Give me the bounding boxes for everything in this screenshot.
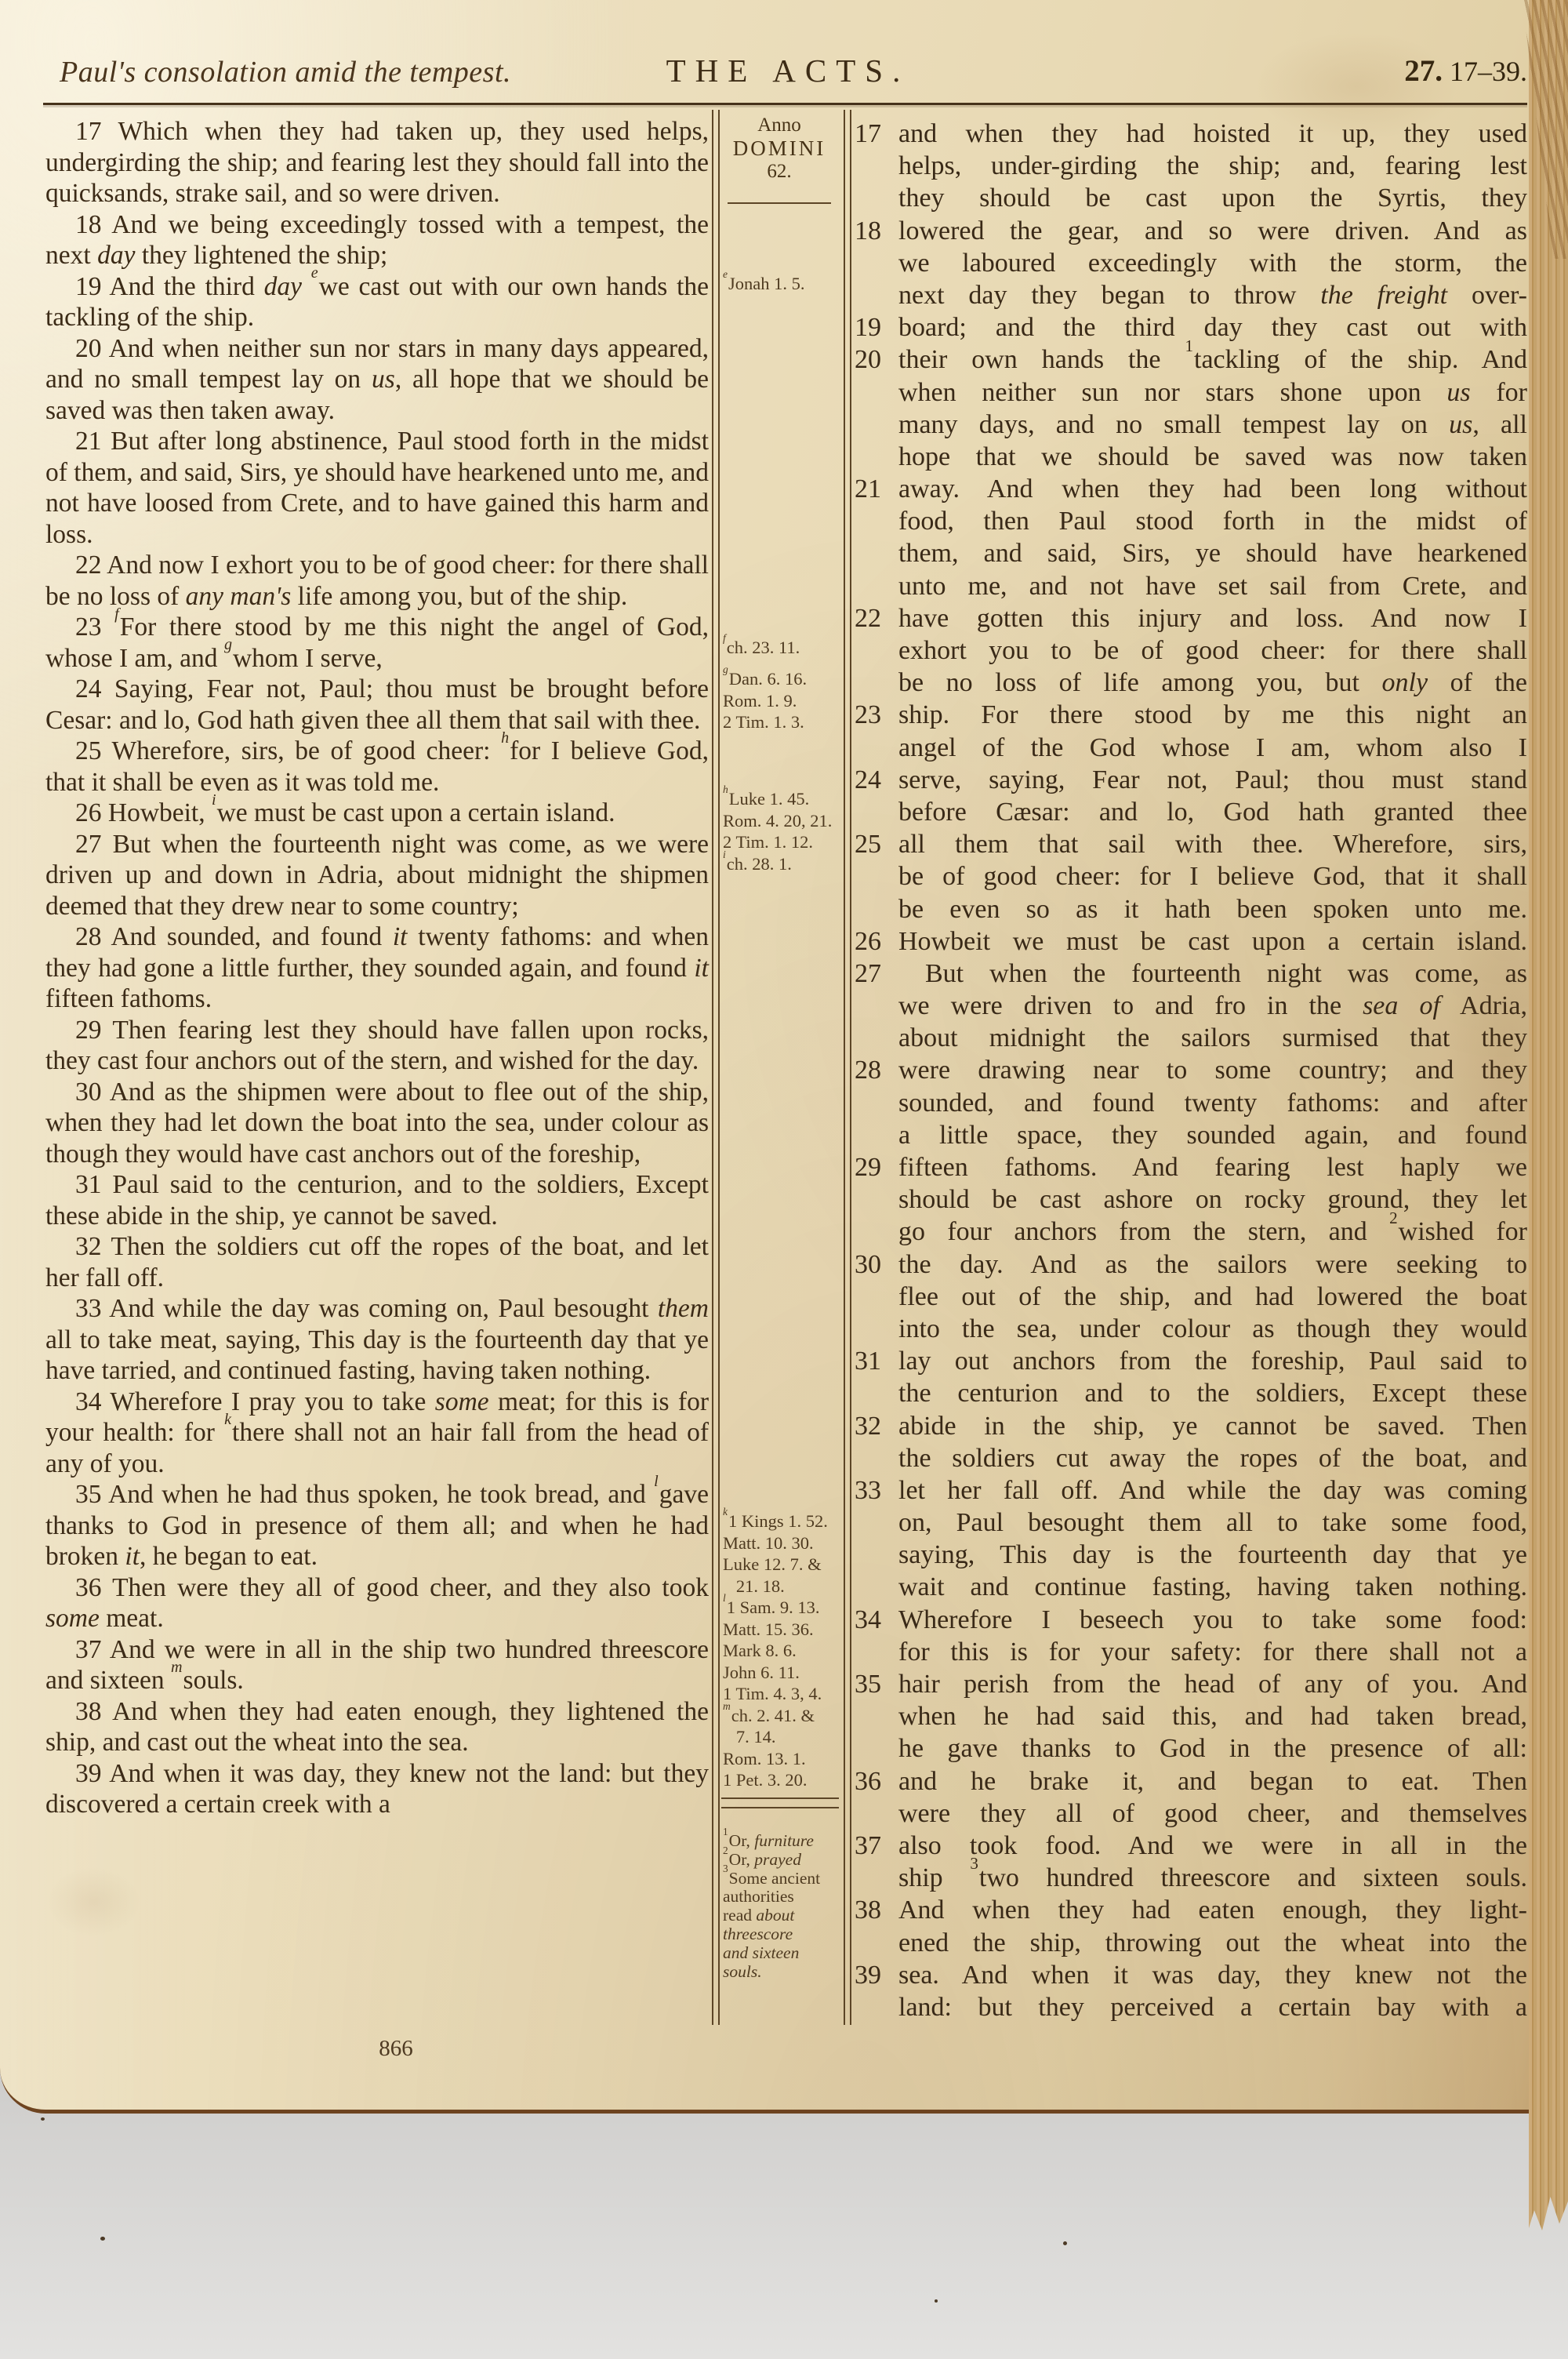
rv-verse-number [855, 1797, 898, 1830]
rv-line: 24serve, saying, Fear not, Paul; thou mu… [855, 764, 1527, 796]
margin-reference-block: fch. 23. 11. [723, 637, 844, 659]
rv-line-text: ship. For there stood by me this night a… [898, 699, 1527, 731]
rv-line-text: saying, This day is the fourteenth day t… [898, 1539, 1527, 1571]
rv-line: go four anchors from the stern, and 2wis… [855, 1216, 1527, 1248]
margin-reference: Rom. 1. 9. [723, 690, 844, 712]
rv-line: wait and continue fasting, having taken … [855, 1571, 1527, 1603]
rv-verse-number [855, 409, 898, 441]
rv-line-text: the soldiers cut away the ropes of the b… [898, 1442, 1527, 1474]
rv-line: be even so as it hath been spoken unto m… [855, 893, 1527, 925]
rv-line: 32abide in the ship, ye cannot be saved.… [855, 1410, 1527, 1442]
rv-verse-number: 36 [855, 1765, 898, 1797]
rv-verse-number [855, 1022, 898, 1054]
rv-line: angel of the God whose I am, whom also I [855, 732, 1527, 764]
margin-reference: Rom. 13. 1. [723, 1748, 844, 1770]
rv-verse-number: 32 [855, 1410, 898, 1442]
rv-line: 18lowered the gear, and so were driven. … [855, 215, 1527, 247]
rv-line: flee out of the ship, and had lowered th… [855, 1281, 1527, 1313]
rv-line-text: he gave thanks to God in the presence of… [898, 1732, 1527, 1765]
margin-reference: 21. 18. [723, 1576, 844, 1598]
rv-line: 27 But when the fourteenth night was com… [855, 958, 1527, 990]
rv-line-text: sea. And when it was day, they knew not … [898, 1959, 1527, 1991]
rv-line: 39sea. And when it was day, they knew no… [855, 1959, 1527, 1991]
rv-line: 36and he brake it, and began to eat. The… [855, 1765, 1527, 1797]
verse-paragraph: 19 And the third day ewe cast out with o… [45, 271, 709, 333]
rv-line-text: wait and continue fasting, having taken … [898, 1571, 1527, 1603]
rv-line-text: let her fall off. And while the day was … [898, 1474, 1527, 1507]
rv-verse-number: 29 [855, 1151, 898, 1183]
rv-line-text: them, and said, Sirs, ye should have hea… [898, 537, 1527, 569]
rv-line-text: abide in the ship, ye cannot be saved. T… [898, 1410, 1527, 1442]
rv-line-text: into the sea, under colour as though the… [898, 1313, 1527, 1345]
rv-line: hope that we should be saved was now tak… [855, 441, 1527, 473]
verse-paragraph: 18 And we being exceedingly tossed with … [45, 209, 709, 271]
rv-verse-number: 33 [855, 1474, 898, 1507]
rv-verse-number [855, 732, 898, 764]
rv-verse-number [855, 1119, 898, 1151]
rv-verse-number: 18 [855, 215, 898, 247]
margin-note-line: 2Or, prayed [723, 1851, 844, 1870]
rv-verse-number [855, 570, 898, 602]
dust-speck [935, 2299, 938, 2303]
rv-line-text: we were driven to and fro in the sea of … [898, 990, 1527, 1022]
book-page: Paul's consolation amid the tempest. THE… [0, 0, 1568, 2114]
rv-verse-number [855, 1636, 898, 1668]
rv-line: into the sea, under colour as though the… [855, 1313, 1527, 1345]
rv-verse-number [855, 1507, 898, 1539]
rv-line: 38And when they had eaten enough, they l… [855, 1894, 1527, 1926]
rv-verse-number [855, 441, 898, 473]
rv-verse-number: 38 [855, 1894, 898, 1926]
rv-verse-number [855, 150, 898, 182]
margin-note-line: 3Some ancient [723, 1870, 844, 1888]
margin-reference: ich. 28. 1. [723, 853, 844, 875]
rv-line-text: they should be cast upon the Syrtis, the… [898, 182, 1527, 214]
rv-line-text: about midnight the sailors surmised that… [898, 1022, 1527, 1054]
rv-line-text: away. And when they had been long withou… [898, 473, 1527, 505]
margin-reference: Luke 12. 7. & [723, 1554, 844, 1576]
rv-line-text: a little space, they sounded again, and … [898, 1119, 1527, 1151]
margin-reference-block: gDan. 6. 16.Rom. 1. 9.2 Tim. 1. 3. [723, 668, 844, 733]
margin-reference: 7. 14. [723, 1726, 844, 1748]
rv-line: 31lay out anchors from the foreship, Pau… [855, 1345, 1527, 1377]
kjv-column: 17 Which when they had taken up, they us… [45, 116, 709, 1820]
rv-line-text: food, then Paul stood forth in the midst… [898, 505, 1527, 537]
rv-line: the soldiers cut away the ropes of the b… [855, 1442, 1527, 1474]
rv-line-text: should be cast ashore on rocky ground, t… [898, 1183, 1527, 1216]
verse-paragraph: 36 Then were they all of good cheer, and… [45, 1572, 709, 1634]
margin-reference-block: eJonah 1. 5. [723, 273, 844, 295]
verse-paragraph: 35 And when he had thus spoken, he took … [45, 1479, 709, 1572]
verse-paragraph: 33 And while the day was coming on, Paul… [45, 1293, 709, 1387]
rv-verse-number: 26 [855, 925, 898, 958]
rv-line-text: we laboured exceedingly with the storm, … [898, 247, 1527, 279]
rv-line: were they all of good cheer, and themsel… [855, 1797, 1527, 1830]
verse-paragraph: 23 fFor there stood by me this night the… [45, 612, 709, 674]
rv-verse-number [855, 1183, 898, 1216]
rv-line: be of good cheer: for I believe God, tha… [855, 860, 1527, 892]
dust-speck [41, 2117, 45, 2121]
verse-paragraph: 31 Paul said to the centurion, and to th… [45, 1169, 709, 1231]
rv-line-text: And when they had eaten enough, they lig… [898, 1894, 1527, 1926]
verse-paragraph: 28 And sounded, and found it twenty fath… [45, 921, 709, 1015]
rv-line-text: were they all of good cheer, and themsel… [898, 1797, 1527, 1830]
rv-verse-number [855, 1281, 898, 1313]
rv-verse-number: 24 [855, 764, 898, 796]
rv-line-text: before Cæsar: and lo, God hath granted t… [898, 796, 1527, 828]
rv-line: 28were drawing near to some country; and… [855, 1054, 1527, 1086]
verse-paragraph: 38 And when they had eaten enough, they … [45, 1696, 709, 1758]
rv-verse-number [855, 1862, 898, 1894]
rv-verse-number: 39 [855, 1959, 898, 1991]
rv-line: 33let her fall off. And while the day wa… [855, 1474, 1527, 1507]
rv-line: when he had said this, and had taken bre… [855, 1700, 1527, 1732]
rv-verse-number [855, 182, 898, 214]
margin-reference: gDan. 6. 16. [723, 668, 844, 690]
rv-line: 37also took food. And we were in all in … [855, 1830, 1527, 1862]
verse-paragraph: 39 And when it was day, they knew not th… [45, 1758, 709, 1820]
rv-line-text: exhort you to be of good cheer: for ther… [898, 634, 1527, 667]
rv-verse-number [855, 990, 898, 1022]
rv-line: when neither sun nor stars shone upon us… [855, 376, 1527, 409]
rv-line: helps, under-girding the ship; and, fear… [855, 150, 1527, 182]
verse-paragraph: 37 And we were in all in the ship two hu… [45, 1634, 709, 1696]
rv-verse-number: 28 [855, 1054, 898, 1086]
rv-line-text: helps, under-girding the ship; and, fear… [898, 150, 1527, 182]
margin-reference: 1 Tim. 4. 3, 4. [723, 1683, 844, 1705]
running-head: Paul's consolation amid the tempest. [60, 55, 511, 89]
rv-line: 21away. And when they had been long with… [855, 473, 1527, 505]
margin-reference: 1 Pet. 3. 20. [723, 1769, 844, 1791]
rv-verse-number [855, 1216, 898, 1248]
rv-line: on, Paul besought them all to take some … [855, 1507, 1527, 1539]
rv-verse-number [855, 796, 898, 828]
page-stain [47, 1866, 141, 1937]
rv-verse-number [855, 860, 898, 892]
rv-verse-number: 27 [855, 958, 898, 990]
verse-paragraph: 22 And now I exhort you to be of good ch… [45, 550, 709, 612]
margin-reference-block: hLuke 1. 45.Rom. 4. 20, 21.2 Tim. 1. 12.… [723, 788, 844, 874]
rv-line: 20their own hands the 1tackling of the s… [855, 343, 1527, 376]
margin-rule [728, 202, 831, 204]
rv-verse-number [855, 1377, 898, 1409]
verse-paragraph: 32 Then the soldiers cut off the ropes o… [45, 1231, 709, 1293]
rv-line-text: But when the fourteenth night was come, … [898, 958, 1527, 990]
rv-verse-number [855, 634, 898, 667]
rv-verse-number: 30 [855, 1249, 898, 1281]
rv-verse-number: 31 [855, 1345, 898, 1377]
rv-line-text: lay out anchors from the foreship, Paul … [898, 1345, 1527, 1377]
rv-line: food, then Paul stood forth in the midst… [855, 505, 1527, 537]
rv-line: many days, and no small tempest lay on u… [855, 409, 1527, 441]
margin-reference: fch. 23. 11. [723, 637, 844, 659]
verse-range: 17–39. [1443, 56, 1527, 87]
page-number: 866 [0, 2036, 792, 2062]
verse-paragraph: 26 Howbeit, iwe must be cast upon a cert… [45, 798, 709, 829]
rv-line-text: hope that we should be saved was now tak… [898, 441, 1527, 473]
rv-line: 26Howbeit we must be cast upon a certain… [855, 925, 1527, 958]
book-fore-edge [1529, 0, 1568, 2251]
rv-line-text: also took food. And we were in all in th… [898, 1830, 1527, 1862]
rv-line: 25all them that sail with thee. Wherefor… [855, 828, 1527, 860]
rv-verse-number: 19 [855, 311, 898, 343]
rv-verse-number: 21 [855, 473, 898, 505]
rv-line: 17and when they had hoisted it up, they … [855, 118, 1527, 150]
rv-verse-number: 20 [855, 343, 898, 376]
rv-verse-number [855, 279, 898, 311]
verse-paragraph: 17 Which when they had taken up, they us… [45, 116, 709, 209]
margin-note-line: threescore [723, 1925, 844, 1944]
margin-note-line: souls. [723, 1963, 844, 1982]
scanned-bible-page: Paul's consolation amid the tempest. THE… [0, 0, 1568, 2359]
margin-reference: John 6. 11. [723, 1662, 844, 1684]
rv-line: 35hair perish from the head of any of yo… [855, 1668, 1527, 1700]
rv-line-text: their own hands the 1tackling of the shi… [898, 343, 1527, 376]
dust-speck [1063, 2241, 1067, 2245]
rv-line-text: lowered the gear, and so were driven. An… [898, 215, 1527, 247]
rv-line-text: when neither sun nor stars shone upon us… [898, 376, 1527, 409]
rv-line-text: and when they had hoisted it up, they us… [898, 118, 1527, 150]
rv-line-text: next day they began to throw the freight… [898, 279, 1527, 311]
rv-line: next day they began to throw the freight… [855, 279, 1527, 311]
anno-line: 62. [712, 161, 847, 183]
rv-line-text: all them that sail with thee. Wherefore,… [898, 828, 1527, 860]
rv-verse-number [855, 505, 898, 537]
rv-verse-number: 17 [855, 118, 898, 150]
rv-verse-number [855, 893, 898, 925]
column-rule [712, 110, 713, 2025]
margin-note-line: read about [723, 1906, 844, 1925]
book-title: THE ACTS. [549, 52, 1027, 89]
rv-line-text: ship 3two hundred threescore and sixteen… [898, 1862, 1527, 1894]
rv-line: them, and said, Sirs, ye should have hea… [855, 537, 1527, 569]
verse-paragraph: 21 But after long abstinence, Paul stood… [45, 426, 709, 550]
rv-verse-number: 35 [855, 1668, 898, 1700]
dust-speck [100, 2237, 105, 2241]
rv-line: we laboured exceedingly with the storm, … [855, 247, 1527, 279]
column-rule [850, 110, 851, 2025]
rv-line: unto me, and not have set sail from Cret… [855, 570, 1527, 602]
rv-verse-number [855, 247, 898, 279]
rv-line: ened the ship, throwing out the wheat in… [855, 1927, 1527, 1959]
rv-verse-number [855, 537, 898, 569]
rv-verse-number [855, 376, 898, 409]
margin-note-line: authorities [723, 1888, 844, 1906]
rv-verse-number [855, 1700, 898, 1732]
rv-line: they should be cast upon the Syrtis, the… [855, 182, 1527, 214]
margin-notes: 1Or, furniture2Or, prayed3Some ancientau… [723, 1832, 844, 1981]
margin-reference-block: k1 Kings 1. 52.Matt. 10. 30.Luke 12. 7. … [723, 1510, 844, 1791]
rv-verse-number [855, 1442, 898, 1474]
rv-verse-number [855, 1313, 898, 1345]
rv-line: for this is for your safety: for there s… [855, 1636, 1527, 1668]
margin-reference: eJonah 1. 5. [723, 273, 844, 295]
rv-line: a little space, they sounded again, and … [855, 1119, 1527, 1151]
column-rule [718, 110, 720, 2025]
verse-paragraph: 29 Then fearing lest they should have fa… [45, 1015, 709, 1077]
anno-domini-block: Anno DOMINI 62. [712, 114, 847, 183]
rv-verse-number [855, 1539, 898, 1571]
rv-line: be no loss of life among you, but only o… [855, 667, 1527, 699]
rv-line: he gave thanks to God in the presence of… [855, 1732, 1527, 1765]
rv-verse-number: 37 [855, 1830, 898, 1862]
margin-reference: l1 Sam. 9. 13. [723, 1597, 844, 1619]
verse-paragraph: 20 And when neither sun nor stars in man… [45, 333, 709, 427]
rv-line: should be cast ashore on rocky ground, t… [855, 1183, 1527, 1216]
rv-line-text: the day. And as the sailors were seeking… [898, 1249, 1527, 1281]
rv-line-text: serve, saying, Fear not, Paul; thou must… [898, 764, 1527, 796]
rv-line-text: the centurion and to the soldiers, Excep… [898, 1377, 1527, 1409]
rv-line: the centurion and to the soldiers, Excep… [855, 1377, 1527, 1409]
rv-line-text: angel of the God whose I am, whom also I [898, 732, 1527, 764]
rv-verse-number [855, 1732, 898, 1765]
rv-verse-number [855, 1087, 898, 1119]
rv-line-text: be of good cheer: for I believe God, tha… [898, 860, 1527, 892]
margin-reference: Rom. 4. 20, 21. [723, 810, 844, 832]
rv-verse-number: 34 [855, 1604, 898, 1636]
rv-line-text: when he had said this, and had taken bre… [898, 1700, 1527, 1732]
rv-line: land: but they perceived a certain bay w… [855, 1991, 1527, 2023]
margin-reference: Mark 8. 6. [723, 1640, 844, 1662]
rv-column: 17and when they had hoisted it up, they … [855, 118, 1527, 2023]
margin-reference: Matt. 15. 36. [723, 1619, 844, 1641]
rv-line-text: have gotten this injury and loss. And no… [898, 602, 1527, 634]
chapter-number: 27. [1404, 54, 1443, 88]
rv-line: sounded, and found twenty fathoms: and a… [855, 1087, 1527, 1119]
rv-line: 29fifteen fathoms. And fearing lest hapl… [855, 1151, 1527, 1183]
margin-reference: hLuke 1. 45. [723, 788, 844, 810]
margin-double-rule [721, 1797, 839, 1808]
verse-paragraph: 25 Wherefore, sirs, be of good cheer: hf… [45, 736, 709, 798]
rv-line-text: board; and the third day they cast out w… [898, 311, 1527, 343]
verse-paragraph: 24 Saying, Fear not, Paul; thou must be … [45, 674, 709, 736]
rv-line-text: unto me, and not have set sail from Cret… [898, 570, 1527, 602]
rv-line-text: land: but they perceived a certain bay w… [898, 1991, 1527, 2023]
rv-line-text: ened the ship, throwing out the wheat in… [898, 1927, 1527, 1959]
column-rule [844, 110, 845, 2025]
rv-verse-number [855, 1571, 898, 1603]
rv-line-text: on, Paul besought them all to take some … [898, 1507, 1527, 1539]
rv-line-text: flee out of the ship, and had lowered th… [898, 1281, 1527, 1313]
rv-verse-number: 23 [855, 699, 898, 731]
rv-line: before Cæsar: and lo, God hath granted t… [855, 796, 1527, 828]
rv-line: about midnight the sailors surmised that… [855, 1022, 1527, 1054]
rv-line-text: were drawing near to some country; and t… [898, 1054, 1527, 1086]
rv-verse-number: 22 [855, 602, 898, 634]
rv-line-text: be no loss of life among you, but only o… [898, 667, 1527, 699]
anno-line: DOMINI [712, 136, 847, 161]
margin-reference: Matt. 10. 30. [723, 1532, 844, 1554]
margin-note-line: 1Or, furniture [723, 1832, 844, 1851]
rv-line: 34Wherefore I beseech you to take some f… [855, 1604, 1527, 1636]
verse-paragraph: 30 And as the shipmen were about to flee… [45, 1077, 709, 1170]
rv-line: 22have gotten this injury and loss. And … [855, 602, 1527, 634]
rv-line-text: fifteen fathoms. And fearing lest haply … [898, 1151, 1527, 1183]
verse-paragraph: 34 Wherefore I pray you to take some mea… [45, 1387, 709, 1480]
margin-reference: k1 Kings 1. 52. [723, 1510, 844, 1532]
rv-line-text: and he brake it, and began to eat. Then [898, 1765, 1527, 1797]
rv-line-text: many days, and no small tempest lay on u… [898, 409, 1527, 441]
rv-line-text: Wherefore I beseech you to take some foo… [898, 1604, 1527, 1636]
rv-verse-number [855, 1991, 898, 2023]
chapter-verse-range: 27. 17–39. [1254, 53, 1527, 89]
rv-line-text: for this is for your safety: for there s… [898, 1636, 1527, 1668]
anno-line: Anno [712, 114, 847, 136]
rv-line: 30the day. And as the sailors were seeki… [855, 1249, 1527, 1281]
margin-reference: mch. 2. 41. & [723, 1705, 844, 1727]
margin-note-line: and sixteen [723, 1944, 844, 1963]
margin-reference: 2 Tim. 1. 3. [723, 711, 844, 733]
rv-line-text: sounded, and found twenty fathoms: and a… [898, 1087, 1527, 1119]
rv-line: saying, This day is the fourteenth day t… [855, 1539, 1527, 1571]
rv-line-text: Howbeit we must be cast upon a certain i… [898, 925, 1527, 958]
rv-verse-number [855, 1927, 898, 1959]
rv-line: ship 3two hundred threescore and sixteen… [855, 1862, 1527, 1894]
rv-line-text: hair perish from the head of any of you.… [898, 1668, 1527, 1700]
verse-paragraph: 27 But when the fourteenth night was com… [45, 829, 709, 922]
header-rule [43, 103, 1527, 105]
rv-line-text: go four anchors from the stern, and 2wis… [898, 1216, 1527, 1248]
rv-line: 23ship. For there stood by me this night… [855, 699, 1527, 731]
rv-line-text: be even so as it hath been spoken unto m… [898, 893, 1527, 925]
rv-line: exhort you to be of good cheer: for ther… [855, 634, 1527, 667]
margin-reference: 2 Tim. 1. 12. [723, 831, 844, 853]
rv-line: we were driven to and fro in the sea of … [855, 990, 1527, 1022]
rv-verse-number [855, 667, 898, 699]
rv-verse-number: 25 [855, 828, 898, 860]
